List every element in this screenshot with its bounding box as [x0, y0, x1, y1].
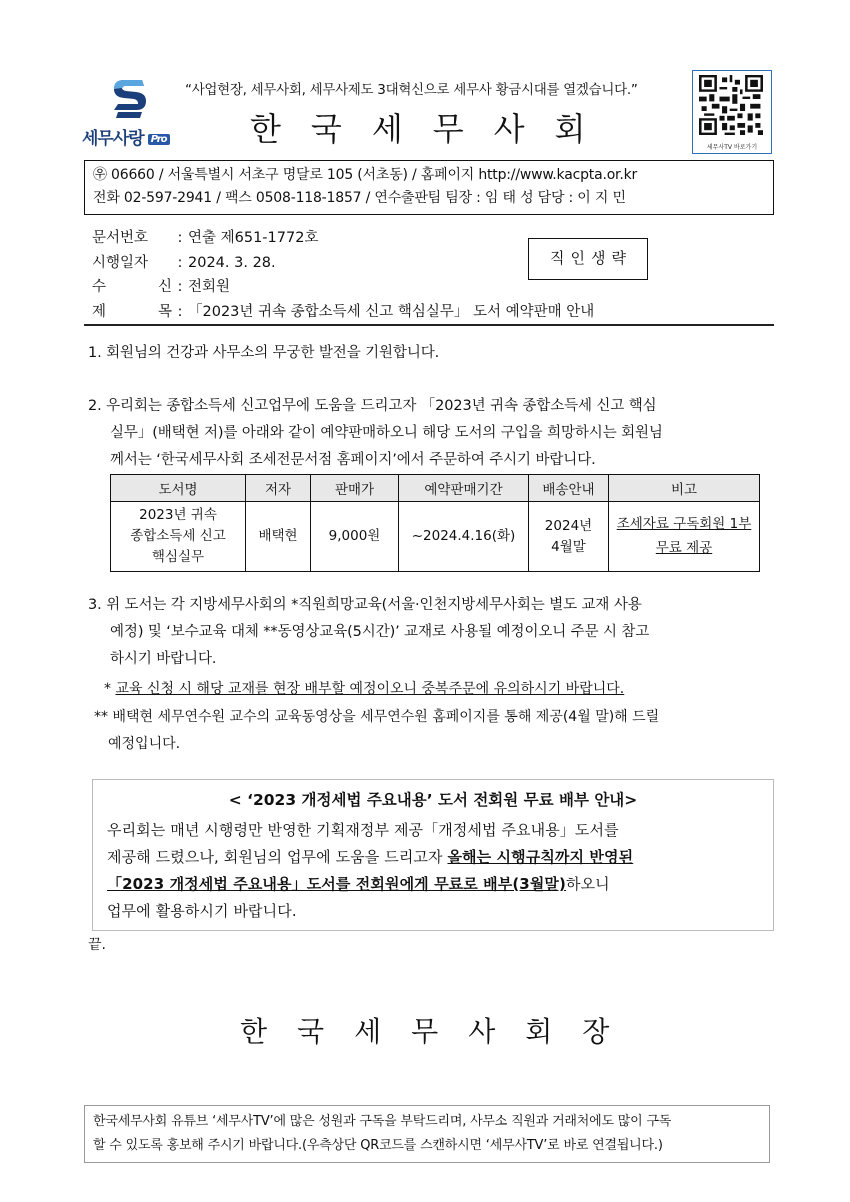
- seal-omitted-stamp: 직인생략: [528, 238, 648, 280]
- notice-title: < ‘2023 개정세법 주요내용’ 도서 전회원 무료 배부 안내>: [107, 786, 759, 814]
- meta-value: 2024. 3. 28.: [188, 251, 276, 276]
- cell-title: 2023년 귀속 종합소득세 신고 핵심실무: [111, 502, 246, 572]
- logo-text: 세무사랑Pro: [82, 124, 170, 149]
- logo-s-icon: [112, 78, 148, 120]
- table-header-row: 도서명 저자 판매가 예약판매기간 배송안내 비고: [111, 475, 760, 502]
- meta-subject: 제목 : 「2023년 귀속 종합소득세 신고 핵심실무」 도서 예약판매 안내: [92, 300, 594, 325]
- book-table: 도서명 저자 판매가 예약판매기간 배송안내 비고 2023년 귀속 종합소득세…: [110, 474, 760, 572]
- meta-doc-no: 문서번호 : 연출 제651-1772호: [92, 226, 594, 251]
- paragraph-2: 2. 우리회는 종합소득세 신고업무에 도움을 드리고자 「2023년 귀속 종…: [88, 393, 768, 474]
- footnote-1: * 교육 신청 시 해당 교재를 현장 배부할 예정이오니 중복주문에 유의하시…: [104, 676, 624, 702]
- footer-line-2: 할 수 있도록 홍보해 주시기 바랍니다.(우측상단 QR코드를 스캔하시면 ‘…: [93, 1134, 761, 1158]
- column-header: 비고: [609, 475, 760, 502]
- divider: [84, 324, 774, 326]
- address-line-2: 전화 02-597-2941 / 팩스 0508-118-1857 / 연수출판…: [93, 187, 765, 210]
- footer-box: 한국세무사회 유튜브 ‘세무사TV’에 많은 성원과 구독을 부탁드리며, 사무…: [84, 1105, 770, 1163]
- column-header: 도서명: [111, 475, 246, 502]
- paragraph-3: 3. 위 도서는 각 지방세무사회의 *직원희망교육(서울·인천지방세무사회는 …: [88, 592, 768, 673]
- address-box: ㉾ 06660 / 서울특별시 서초구 명달로 105 (서초동) / 홈페이지…: [84, 160, 774, 215]
- slogan: “사업현장, 세무사회, 세무사제도 3대혁신으로 세무사 황금시대를 열겠습니…: [185, 78, 638, 98]
- end-mark: 끝.: [88, 934, 106, 954]
- meta-value: 「2023년 귀속 종합소득세 신고 핵심실무」 도서 예약판매 안내: [188, 300, 594, 325]
- document-meta: 문서번호 : 연출 제651-1772호 시행일자 : 2024. 3. 28.…: [92, 226, 594, 324]
- qr-caption: 세무사TV 바로가기: [699, 142, 765, 151]
- cell-author: 배택현: [246, 502, 311, 572]
- address-line-1: ㉾ 06660 / 서울특별시 서초구 명달로 105 (서초동) / 홈페이지…: [93, 164, 765, 187]
- logo-pro-badge: Pro: [148, 134, 170, 145]
- signature: 한국세무사회장: [240, 1010, 639, 1050]
- logo: 세무사랑Pro: [82, 78, 192, 150]
- meta-date: 시행일자 : 2024. 3. 28.: [92, 251, 594, 276]
- notice-box: < ‘2023 개정세법 주요내용’ 도서 전회원 무료 배부 안내> 우리회는…: [92, 779, 774, 931]
- column-header: 저자: [246, 475, 311, 502]
- org-title: 한국세무사회: [250, 104, 615, 150]
- meta-label: 문서번호: [92, 226, 172, 251]
- meta-value: 연출 제651-1772호: [188, 226, 318, 251]
- meta-label: 제목: [92, 300, 172, 325]
- cell-delivery: 2024년 4월말: [529, 502, 609, 572]
- meta-label: 수신: [92, 275, 172, 300]
- meta-recipient: 수신 : 전회원: [92, 275, 594, 300]
- meta-value: 전회원: [188, 275, 230, 300]
- notice-body: 우리회는 매년 시행령만 반영한 기획재정부 제공「개정세법 주요내용」도서를 …: [107, 817, 759, 925]
- column-header: 배송안내: [529, 475, 609, 502]
- qr-code[interactable]: 세무사TV 바로가기: [692, 70, 772, 154]
- paragraph-1: 1. 회원님의 건강과 사무소의 무궁한 발전을 기원합니다.: [88, 340, 439, 367]
- meta-label: 시행일자: [92, 251, 172, 276]
- footnote-2: ** 배택현 세무연수원 교수의 교육동영상을 세무연수원 홈페이지를 통해 제…: [94, 704, 774, 758]
- table-row: 2023년 귀속 종합소득세 신고 핵심실무 배택현 9,000원 ~2024.…: [111, 502, 760, 572]
- qr-code-icon: [699, 75, 763, 135]
- cell-period: ~2024.4.16(화): [399, 502, 529, 572]
- footer-line-1: 한국세무사회 유튜브 ‘세무사TV’에 많은 성원과 구독을 부탁드리며, 사무…: [93, 1110, 761, 1134]
- cell-price: 9,000원: [311, 502, 399, 572]
- column-header: 예약판매기간: [399, 475, 529, 502]
- column-header: 판매가: [311, 475, 399, 502]
- cell-note: 조세자료 구독회원 1부 무료 제공: [609, 502, 760, 572]
